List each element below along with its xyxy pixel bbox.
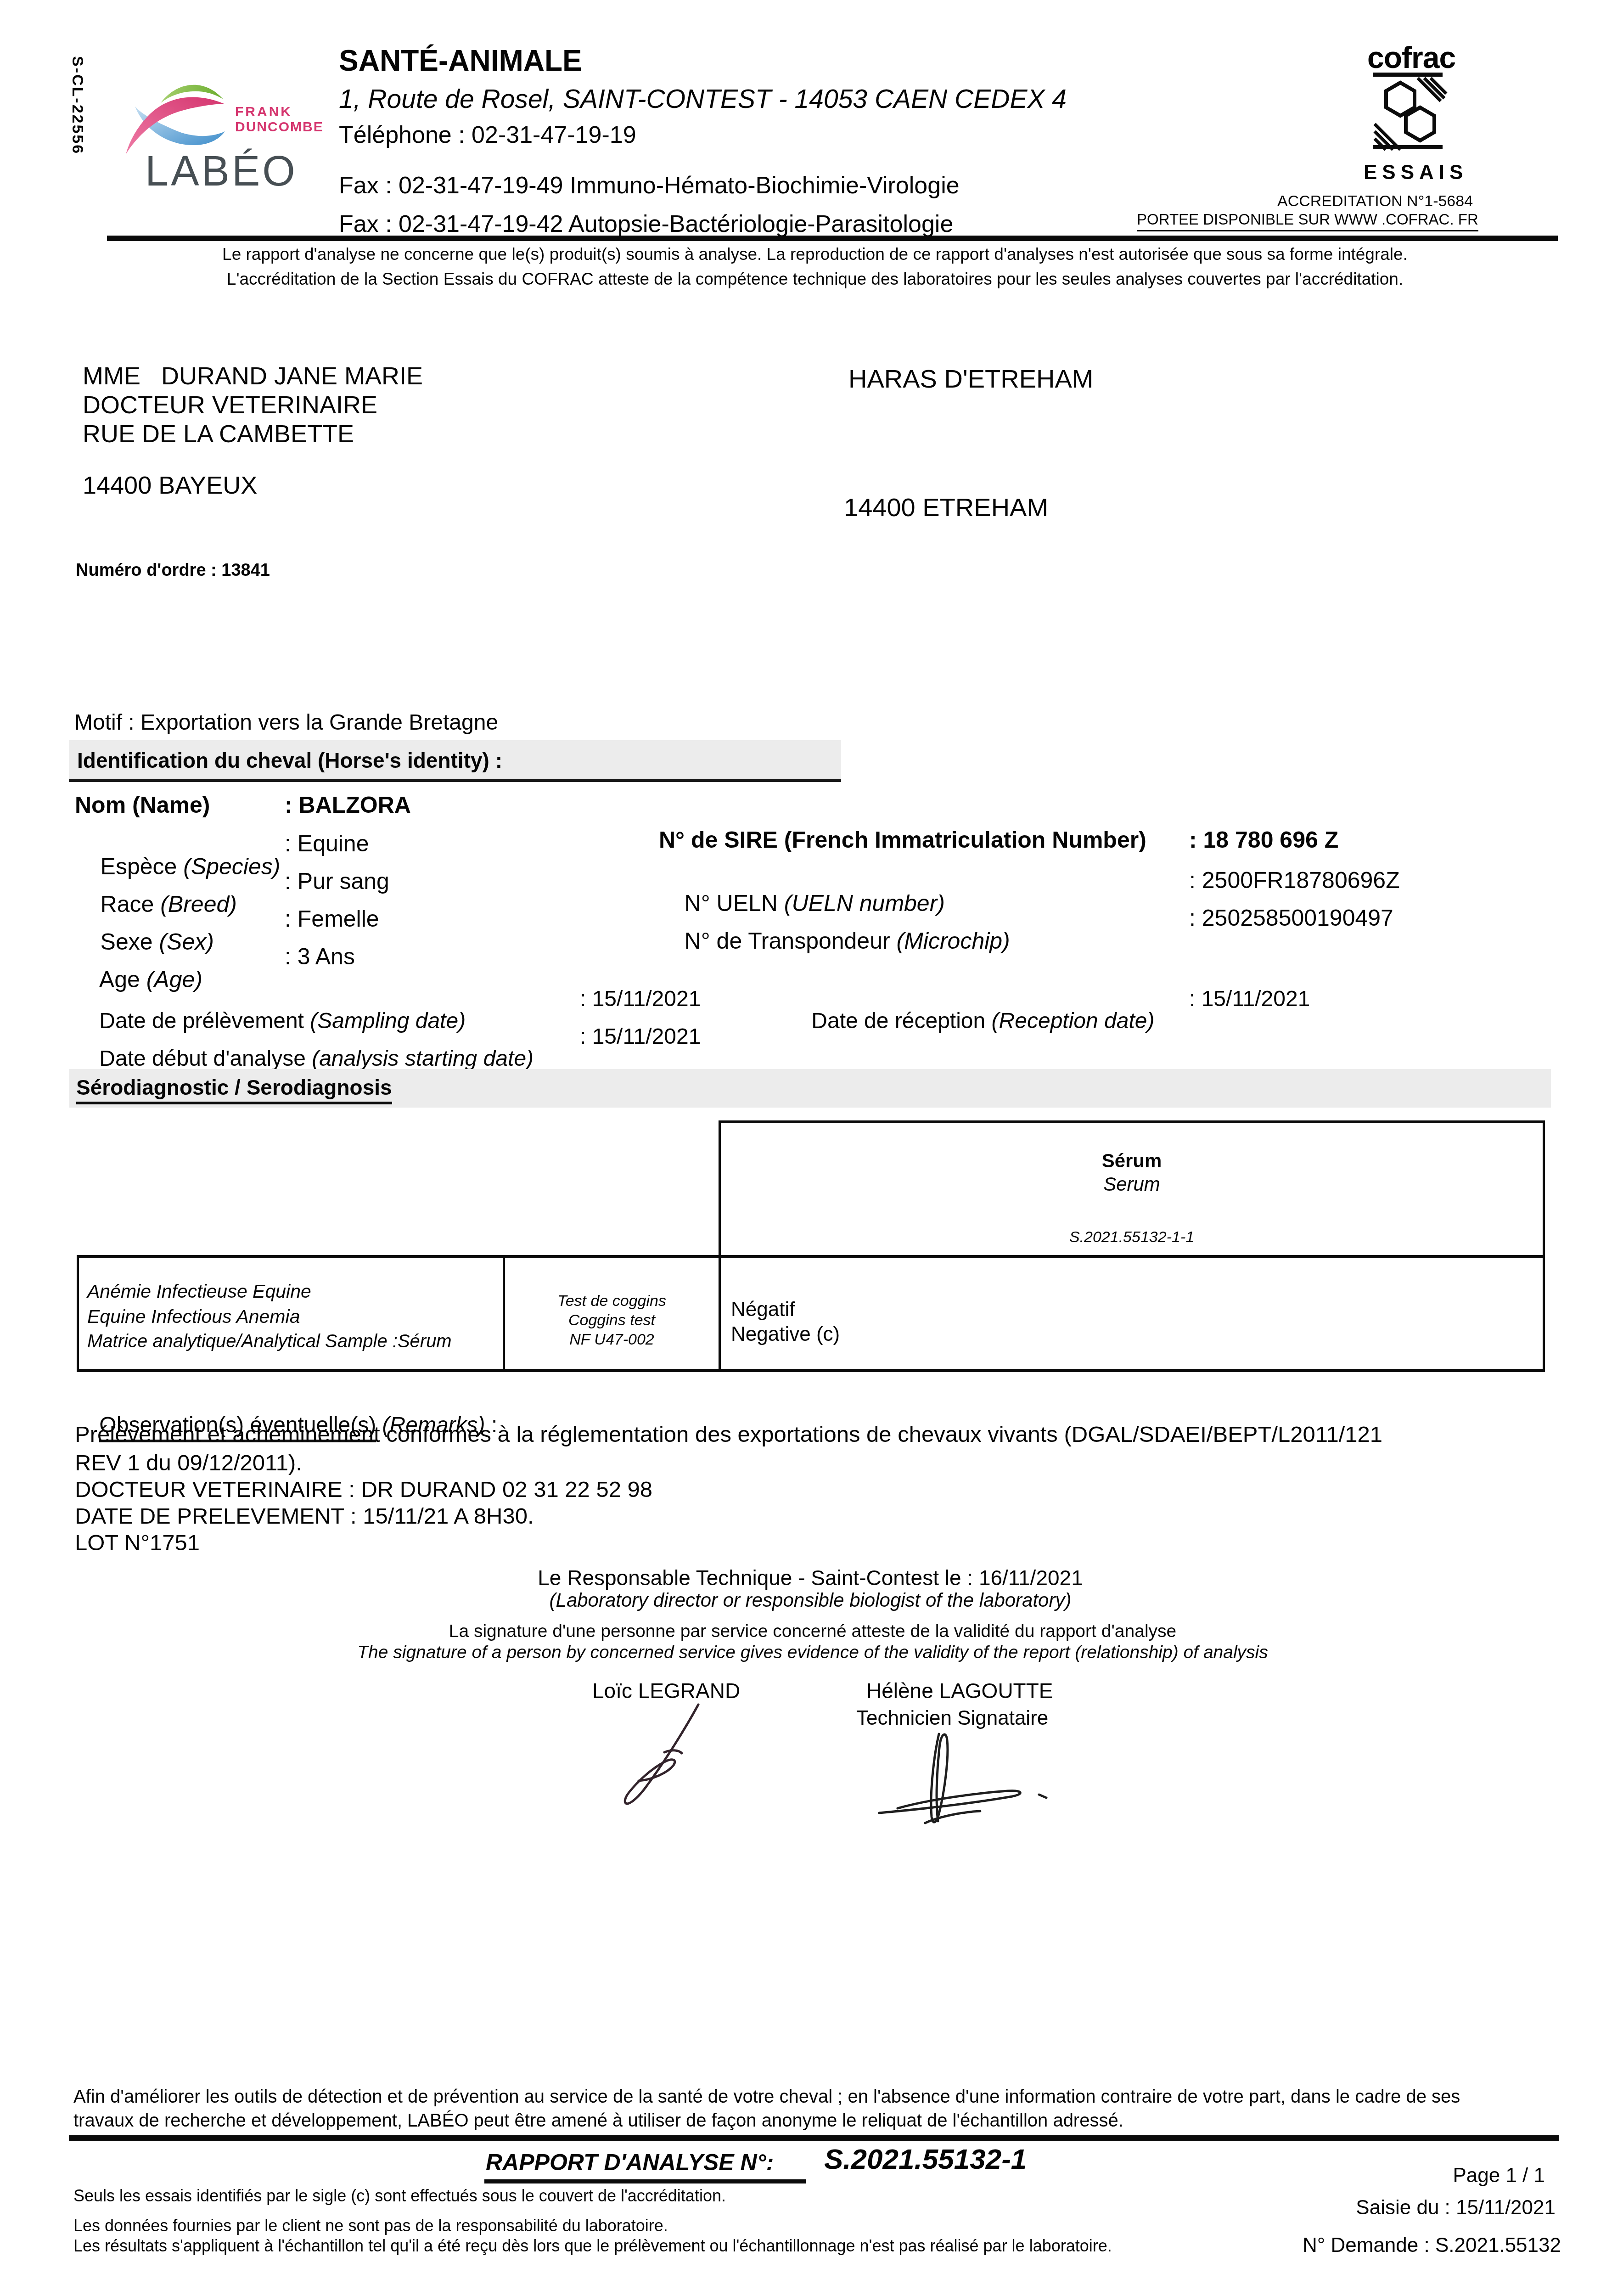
name-value: : BALZORA bbox=[285, 793, 411, 817]
logo-duncombe: DUNCOMBE bbox=[235, 120, 324, 135]
recipient-name: MME DURAND JANE MARIE bbox=[83, 363, 423, 389]
page-title: SANTÉ-ANIMALE bbox=[339, 45, 582, 77]
result-en: Negative (c) bbox=[731, 1323, 840, 1345]
validity-line-en: The signature of a person by concerned s… bbox=[298, 1643, 1327, 1662]
method-fr: Test de coggins bbox=[505, 1293, 719, 1310]
disclaimer-line1: Le rapport d'analyse ne concerne que le(… bbox=[69, 245, 1561, 264]
chip-value: : 250258500190497 bbox=[1189, 906, 1393, 930]
signature-2 bbox=[870, 1726, 1054, 1836]
legal-line2: Les données fournies par le client ne so… bbox=[73, 2217, 668, 2235]
owner-name: HARAS D'ETREHAM bbox=[848, 365, 1093, 393]
reception-date-label: Date de réception (Reception date) bbox=[787, 985, 1154, 1057]
legal-line3: Les résultats s'appliquent à l'échantill… bbox=[73, 2237, 1112, 2255]
table-top-border bbox=[719, 1120, 1545, 1123]
labeo-logo: FRANK DUNCOMBE LABÉO bbox=[106, 68, 344, 238]
method-ref: NF U47-002 bbox=[505, 1331, 719, 1348]
age-value: : 3 Ans bbox=[285, 944, 355, 969]
document-code: S-CL-22556 bbox=[69, 56, 86, 155]
report-label-underline bbox=[484, 2179, 806, 2183]
validity-line-fr: La signature d'une personne par service … bbox=[298, 1622, 1327, 1641]
remarks-line2: REV 1 du 09/12/2011). bbox=[75, 1451, 302, 1475]
logo-brand: LABÉO bbox=[145, 149, 298, 194]
responsible-line-en: (Laboratory director or responsible biol… bbox=[459, 1590, 1162, 1610]
cofrac-section: ESSAIS bbox=[1364, 162, 1468, 184]
privacy-line1: Afin d'améliorer les outils de détection… bbox=[73, 2087, 1460, 2107]
disclaimer-line2: L'accréditation de la Section Essais du … bbox=[69, 270, 1561, 288]
cofrac-accreditation: ACCREDITATION N°1-5684 bbox=[1277, 193, 1473, 210]
chip-label: N° de Transpondeur (Microchip) bbox=[659, 904, 1010, 978]
analysis-date-value: : 15/11/2021 bbox=[580, 1025, 701, 1049]
sire-label: N° de SIRE (French Immatriculation Numbe… bbox=[659, 827, 1146, 852]
order-number: Numéro d'ordre : 13841 bbox=[76, 561, 270, 580]
result-fr: Négatif bbox=[731, 1299, 795, 1321]
demande-number: N° Demande : S.2021.55132 bbox=[1303, 2234, 1561, 2257]
lab-phone: Téléphone : 02-31-47-19-19 bbox=[339, 122, 636, 148]
footer-rule bbox=[69, 2135, 1559, 2141]
sex-value: : Femelle bbox=[285, 906, 379, 931]
recipient-street: RUE DE LA CAMBETTE bbox=[83, 421, 354, 447]
report-number: S.2021.55132-1 bbox=[824, 2144, 1027, 2175]
test-matrix: Matrice analytique/Analytical Sample :Sé… bbox=[87, 1332, 452, 1351]
sample-id: S.2021.55132-1-1 bbox=[721, 1229, 1543, 1246]
sire-value: : 18 780 696 Z bbox=[1189, 827, 1338, 852]
remarks-line3: DOCTEUR VETERINAIRE : DR DURAND 02 31 22… bbox=[75, 1478, 652, 1502]
serology-heading: Sérodiagnostic / Serodiagnosis bbox=[76, 1076, 392, 1104]
signer2-name: Hélène LAGOUTTE bbox=[866, 1680, 1053, 1703]
reception-date-value: : 15/11/2021 bbox=[1189, 987, 1310, 1011]
ueln-value: : 2500FR18780696Z bbox=[1189, 868, 1400, 893]
species-value: : Equine bbox=[285, 831, 369, 856]
report-page: S-CL-22556 FRANK DUNCOMBE LABÉO SANTÉ-AN bbox=[0, 0, 1623, 2296]
identification-heading: Identification du cheval (Horse's identi… bbox=[77, 749, 502, 772]
recipient-city: 14400 BAYEUX bbox=[83, 472, 257, 499]
method-en: Coggins test bbox=[505, 1312, 719, 1329]
table-right-border bbox=[1543, 1120, 1545, 1372]
signature-1 bbox=[608, 1699, 719, 1809]
cofrac-hexagons-icon bbox=[1372, 73, 1450, 160]
responsible-line: Le Responsable Technique - Saint-Contest… bbox=[459, 1567, 1162, 1590]
lab-fax1: Fax : 02-31-47-19-49 Immuno-Hémato-Bioch… bbox=[339, 173, 960, 198]
breed-value: : Pur sang bbox=[285, 869, 389, 894]
header-rule bbox=[107, 236, 1558, 241]
logo-frank: FRANK bbox=[235, 105, 292, 119]
table-bottom-border bbox=[77, 1369, 1545, 1372]
test-name-fr: Anémie Infectieuse Equine bbox=[87, 1281, 311, 1301]
saisie-date: Saisie du : 15/11/2021 bbox=[1356, 2197, 1556, 2219]
test-name-en: Equine Infectious Anemia bbox=[87, 1306, 300, 1327]
remarks-line1: Prélèvement et acheminement conformes à … bbox=[75, 1423, 1382, 1447]
page-indicator: Page 1 / 1 bbox=[1453, 2165, 1545, 2187]
legal-line1: Seuls les essais identifiés par le sigle… bbox=[73, 2187, 726, 2205]
table-left-border-row bbox=[77, 1255, 79, 1372]
remarks-line4: DATE DE PRELEVEMENT : 15/11/21 A 8H30. bbox=[75, 1504, 534, 1529]
column-header-serum: Sérum bbox=[721, 1150, 1543, 1171]
cofrac-name: cofrac bbox=[1367, 41, 1455, 74]
report-label: RAPPORT D'ANALYSE N°: bbox=[486, 2150, 774, 2175]
column-header-serum-en: Serum bbox=[721, 1174, 1543, 1194]
lab-fax2: Fax : 02-31-47-19-42 Autopsie-Bactériolo… bbox=[339, 211, 953, 237]
cofrac-logo: cofrac ESSAIS ACCREDITATION N°1-5684 POR… bbox=[1129, 28, 1561, 234]
privacy-line2: travaux de recherche et développement, L… bbox=[73, 2111, 1123, 2131]
motif-line: Motif : Exportation vers la Grande Breta… bbox=[74, 711, 498, 735]
name-label: Nom (Name) bbox=[75, 793, 210, 817]
sampling-date-value: : 15/11/2021 bbox=[580, 987, 701, 1011]
lab-address: 1, Route de Rosel, SAINT-CONTEST - 14053… bbox=[339, 85, 1067, 114]
cofrac-portee: PORTEE DISPONIBLE SUR WWW .COFRAC. FR bbox=[1137, 211, 1478, 231]
owner-city: 14400 ETREHAM bbox=[844, 494, 1048, 521]
remarks-line5: LOT N°1751 bbox=[75, 1531, 200, 1555]
recipient-title: DOCTEUR VETERINAIRE bbox=[83, 392, 377, 418]
table-divider-horizontal bbox=[77, 1255, 1545, 1258]
